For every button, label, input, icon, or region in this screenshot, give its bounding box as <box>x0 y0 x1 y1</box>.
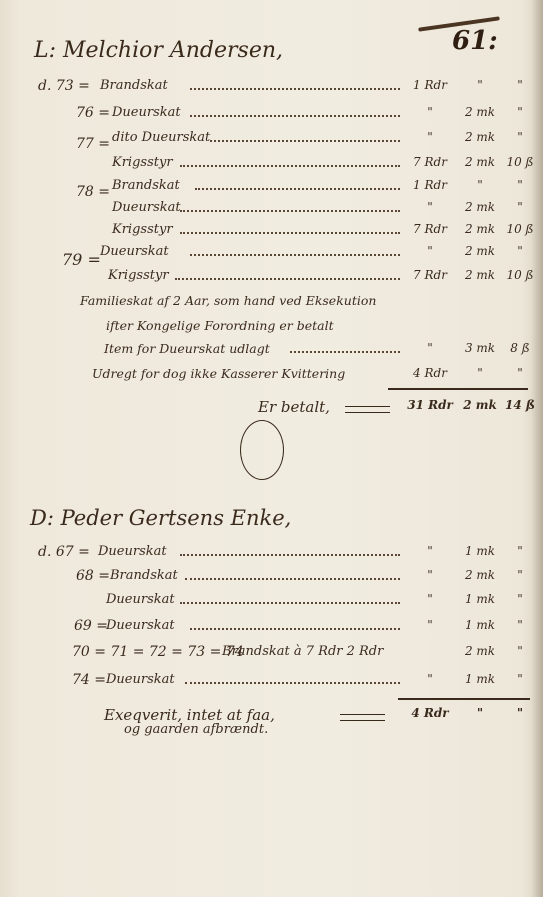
ledger-row: 79 = Dueurskat " 2 mk " <box>0 244 543 268</box>
row-item: Dueurskat <box>106 672 175 687</box>
rixdaler: " <box>405 105 455 119</box>
skilling: 8 ß <box>505 341 535 355</box>
marks: " <box>460 706 500 720</box>
row-item: Dueurskat <box>106 618 175 633</box>
skilling: " <box>505 568 535 582</box>
leader-dots <box>180 200 400 212</box>
leader-dots <box>210 130 400 142</box>
leader-dots <box>175 268 400 280</box>
leader-dots <box>290 341 400 353</box>
total-row: 31 Rdr 2 mk 14 ß <box>0 398 543 422</box>
leader-dots <box>190 244 400 256</box>
leader-dots <box>180 155 400 167</box>
note-amount-row: " 3 mk 8 ß <box>0 341 543 365</box>
note-amount-row: 4 Rdr " " <box>0 366 543 390</box>
skilling: 10 ß <box>505 222 535 236</box>
skilling: " <box>505 672 535 686</box>
skilling: " <box>505 544 535 558</box>
marks: 2 mk <box>460 398 500 412</box>
row-item: Brandskat <box>110 568 178 583</box>
rixdaler: 4 Rdr <box>405 366 455 380</box>
leader-dots <box>190 105 400 117</box>
skilling: " <box>505 592 535 606</box>
marks: " <box>460 366 500 380</box>
skilling: " <box>505 618 535 632</box>
marks: 2 mk <box>460 130 500 144</box>
leader-dots <box>185 568 400 580</box>
skilling: " <box>505 105 535 119</box>
skilling: " <box>505 644 535 658</box>
folio-number: 61: <box>452 26 498 56</box>
rixdaler: 1 Rdr <box>405 78 455 92</box>
rixdaler: 31 Rdr <box>405 398 455 412</box>
marks: 1 mk <box>460 592 500 606</box>
row-item: Krigsstyr <box>108 268 169 283</box>
marks: 2 mk <box>460 244 500 258</box>
leader-dots <box>180 592 400 604</box>
rixdaler: " <box>405 544 455 558</box>
marks: 2 mk <box>460 268 500 282</box>
rixdaler: " <box>405 341 455 355</box>
ledger-row: d. 67 = Dueurskat " 1 mk " <box>0 544 543 568</box>
leader-dots <box>190 78 400 90</box>
rixdaler: 7 Rdr <box>405 268 455 282</box>
row-item: Dueurskat <box>106 592 175 607</box>
marks: 2 mk <box>460 644 500 658</box>
leader-dots <box>180 544 400 556</box>
skilling: 14 ß <box>505 398 535 412</box>
rixdaler: " <box>405 618 455 632</box>
manuscript-page: 61: L: Melchior Andersen, d. 73 = Brands… <box>0 0 543 897</box>
ledger-row: 68 = Brandskat " 2 mk " <box>0 568 543 592</box>
marks: " <box>460 178 500 192</box>
ledger-row: 76 = Dueurskat " 2 mk " <box>0 105 543 129</box>
row-date: 68 = <box>76 568 110 584</box>
row-item: Dueurskat <box>100 244 169 259</box>
sum-rule <box>388 388 528 390</box>
rixdaler: 4 Rdr <box>405 706 455 720</box>
total-row: 4 Rdr " " <box>0 706 543 730</box>
skilling: " <box>505 200 535 214</box>
flourish <box>240 420 284 480</box>
rixdaler: " <box>405 244 455 258</box>
skilling: " <box>505 178 535 192</box>
marks: 3 mk <box>460 341 500 355</box>
ledger-row: Krigsstyr 7 Rdr 2 mk 10 ß <box>0 222 543 246</box>
skilling: " <box>505 244 535 258</box>
skilling: " <box>505 366 535 380</box>
rixdaler: 7 Rdr <box>405 222 455 236</box>
section-2-heading: D: Peder Gertsens Enke, <box>30 506 291 530</box>
ledger-row: Krigsstyr 7 Rdr 2 mk 10 ß <box>0 268 543 292</box>
leader-dots <box>195 178 400 190</box>
ledger-row: Krigsstyr 7 Rdr 2 mk 10 ß <box>0 155 543 179</box>
row-date: 69 = <box>74 618 108 634</box>
rixdaler: " <box>405 592 455 606</box>
row-item: Brandskat <box>112 178 180 193</box>
row-item: Dueurskat <box>112 105 181 120</box>
ledger-row: Dueurskat " 2 mk " <box>0 200 543 224</box>
marks: 2 mk <box>460 222 500 236</box>
ledger-row: Dueurskat " 1 mk " <box>0 592 543 616</box>
row-item: Dueurskat <box>98 544 167 559</box>
row-date: 74 = <box>72 672 106 688</box>
row-date: 76 = <box>76 105 110 121</box>
skilling: " <box>505 130 535 144</box>
ledger-row: d. 73 = Brandskat 1 Rdr " " <box>0 78 543 102</box>
rixdaler: 7 Rdr <box>405 155 455 169</box>
sum-rule <box>398 698 530 700</box>
skilling: " <box>505 78 535 92</box>
rixdaler: " <box>405 672 455 686</box>
leader-dots <box>190 618 400 630</box>
skilling: 10 ß <box>505 268 535 282</box>
marks: 2 mk <box>460 105 500 119</box>
row-date: 78 = <box>76 184 110 200</box>
ledger-row: 78 = Brandskat 1 Rdr " " <box>0 178 543 202</box>
rixdaler: " <box>405 568 455 582</box>
rixdaler: " <box>405 130 455 144</box>
marks: 2 mk <box>460 200 500 214</box>
ledger-row: 77 = dito Dueurskat " 2 mk " <box>0 130 543 154</box>
ledger-row: 70 = 71 = 72 = 73 = 74 Brandskat à 7 Rdr… <box>0 644 543 668</box>
row-item: Krigsstyr <box>112 155 173 170</box>
row-item: Dueurskat <box>112 200 181 215</box>
row-date: d. 67 = <box>38 544 90 560</box>
marks: 1 mk <box>460 672 500 686</box>
marks: 2 mk <box>460 568 500 582</box>
row-date: d. 73 = <box>38 78 90 94</box>
leader-dots <box>180 222 400 234</box>
section-1-heading: L: Melchior Andersen, <box>34 38 283 63</box>
marks: " <box>460 78 500 92</box>
marks: 2 mk <box>460 155 500 169</box>
skilling: " <box>505 706 535 720</box>
ledger-row: 74 = Dueurskat " 1 mk " <box>0 672 543 696</box>
rixdaler: 1 Rdr <box>405 178 455 192</box>
row-item: Krigsstyr <box>112 222 173 237</box>
rixdaler: " <box>405 200 455 214</box>
leader-dots <box>185 672 400 684</box>
marks: 1 mk <box>460 618 500 632</box>
marks: 1 mk <box>460 544 500 558</box>
row-item: dito Dueurskat <box>112 130 210 145</box>
skilling: 10 ß <box>505 155 535 169</box>
row-item: Brandskat à 7 Rdr 2 Rdr <box>222 644 383 659</box>
note-line: ifter Kongelige Forordning er betalt <box>106 318 334 333</box>
row-date: 77 = <box>76 136 110 152</box>
row-item: Brandskat <box>100 78 168 93</box>
row-date: 70 = 71 = 72 = 73 = 74 <box>72 644 244 660</box>
note-line: Familieskat af 2 Aar, som hand ved Eksek… <box>80 293 376 308</box>
ledger-row: 69 = Dueurskat " 1 mk " <box>0 618 543 642</box>
row-date: 79 = <box>62 250 101 269</box>
